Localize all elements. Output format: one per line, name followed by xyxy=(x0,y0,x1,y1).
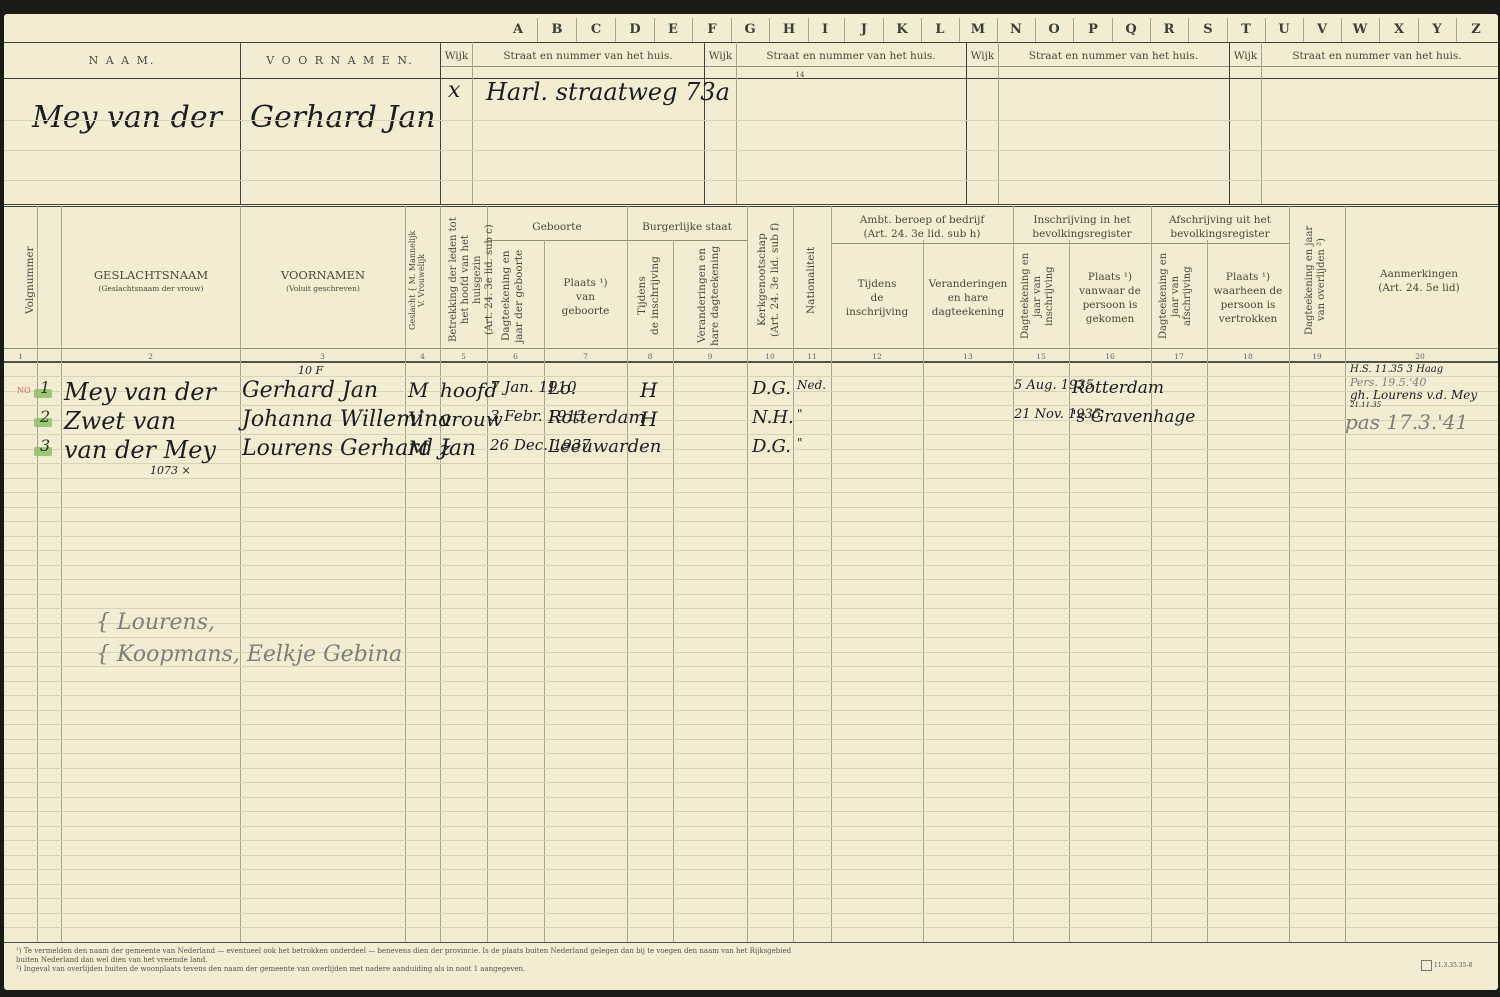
divider xyxy=(1418,18,1419,42)
cell-insch-plaats: 's Gravenhage xyxy=(1072,407,1195,427)
group-geboorte: Geboorte xyxy=(487,220,627,234)
pencil-note-line: { Lourens, xyxy=(96,610,215,635)
ruled-line xyxy=(4,449,1498,450)
column-number: 15 xyxy=(1013,352,1069,361)
cell-volg: 3 xyxy=(40,436,50,455)
ruled-line xyxy=(4,150,1498,151)
remark-line: pas 17.3.'41 xyxy=(1345,410,1468,434)
column-letter: P xyxy=(1083,22,1103,37)
divider xyxy=(240,206,241,942)
column-letter: K xyxy=(892,22,912,37)
divider xyxy=(4,348,1498,349)
printer-mark: 11.3.35.35-8 xyxy=(1434,961,1472,970)
ruled-line xyxy=(4,681,1498,682)
column-number: 18 xyxy=(1207,352,1289,361)
cell-betrekking: hoofd xyxy=(440,378,497,402)
divider xyxy=(487,240,747,241)
divider xyxy=(1188,18,1189,42)
col-geb-plaats-header: Plaats ¹) van geboorte xyxy=(544,276,627,318)
footnote-2: ²) Ingeval van overlijden buiten de woon… xyxy=(16,965,796,974)
divider xyxy=(440,66,1498,67)
ruled-line xyxy=(4,579,1498,580)
divider xyxy=(37,206,38,942)
column-letter: I xyxy=(815,22,835,37)
col-insch-plaats-header: Plaats ¹) vanwaar de persoon is gekomen xyxy=(1069,270,1151,326)
head-address: Harl. straatweg 73a xyxy=(486,78,730,106)
cell-geslacht: V xyxy=(408,407,422,431)
cell-naam: Mey van der xyxy=(64,378,216,406)
ruled-line xyxy=(4,826,1498,827)
register-card xyxy=(4,14,1498,990)
divider xyxy=(1341,18,1342,42)
column-letter: Z xyxy=(1466,22,1486,37)
divider xyxy=(1069,240,1070,942)
column-letter: O xyxy=(1044,22,1064,37)
column-number: 12 xyxy=(831,352,923,361)
column-number: 17 xyxy=(1151,352,1207,361)
column-letter: N xyxy=(1006,22,1026,37)
ruled-line xyxy=(4,180,1498,181)
ruled-line xyxy=(4,478,1498,479)
red-stamp: NO xyxy=(17,386,31,395)
remark-line: H.S. 11.35 3 Haag xyxy=(1350,364,1443,375)
divider xyxy=(544,240,545,942)
voornamen-header: V O O R N A M E N. xyxy=(240,54,440,68)
cell-nat: " xyxy=(797,436,803,450)
ruled-line xyxy=(4,768,1498,769)
pencil-note-line: { Koopmans, Eelkje Gebina xyxy=(96,642,402,667)
col-kerk-header: Kerkgenootschap (Art. 24. 3e lid. sub f) xyxy=(756,212,782,348)
straat-label: Straat en nummer van het huis. xyxy=(472,49,704,63)
divider xyxy=(440,206,441,942)
cell-geb-plaats: Leeuwarden xyxy=(548,436,661,457)
divider xyxy=(883,18,884,42)
column-number: 14 xyxy=(780,68,820,82)
cell-kerk: N.H. xyxy=(752,407,794,428)
column-letter: R xyxy=(1159,22,1179,37)
cell-nat: Ned. xyxy=(797,378,826,392)
divider xyxy=(4,361,1498,363)
head-wijk: x xyxy=(448,78,460,103)
column-number: 16 xyxy=(1069,352,1151,361)
column-number: 5 xyxy=(440,352,487,361)
col-geslachtsnaam-sub: (Geslachtsnaam der vrouw) xyxy=(62,282,240,296)
divider xyxy=(997,18,998,42)
ruled-line xyxy=(4,913,1498,914)
ruled-line xyxy=(4,884,1498,885)
divider xyxy=(615,18,616,42)
col-beroep-tijdens-header: Tijdens de inschrijving xyxy=(831,277,923,319)
note-below-name: 1073 × xyxy=(150,464,191,477)
ruled-line xyxy=(4,565,1498,566)
divider xyxy=(769,18,770,42)
col-aanmerkingen-header: Aanmerkingen (Art. 24. 5e lid) xyxy=(1346,267,1492,295)
wijk-label: Wijk xyxy=(441,49,472,63)
col-beroep-veranderingen-header: Veranderingen en hare dagteekening xyxy=(923,277,1013,319)
ruled-line xyxy=(4,463,1498,464)
divider xyxy=(405,206,406,942)
divider xyxy=(4,942,1498,943)
divider xyxy=(627,206,628,942)
column-number: 11 xyxy=(793,352,831,361)
col-volgnummer-header: Volgnummer xyxy=(24,212,37,348)
column-number: 10 xyxy=(747,352,793,361)
cell-volg: 1 xyxy=(40,378,50,397)
ruled-line xyxy=(4,753,1498,754)
wijk-label: Wijk xyxy=(967,49,998,63)
column-letter: U xyxy=(1274,22,1294,37)
col-overlijden-header: Dagteekening en jaar van overlijden ²) xyxy=(1304,212,1328,348)
column-letter: A xyxy=(508,22,528,37)
col-geslacht-header: Geslacht { M. Mannelijk V. Vrouwelijk xyxy=(408,212,426,348)
straat-label: Straat en nummer van het huis. xyxy=(1261,49,1493,63)
straat-label: Straat en nummer van het huis. xyxy=(736,49,966,63)
cell-naam: van der Mey xyxy=(64,436,216,464)
group-beroep: Ambt. beroep of bedrijf (Art. 24. 3e lid… xyxy=(831,213,1013,241)
column-letter: M xyxy=(968,22,988,37)
col-staat-tijdens-header: Tijdens de inschrijving xyxy=(636,244,662,348)
column-letter: E xyxy=(663,22,683,37)
footnote-1: ¹) Te vermelden den naam der gemeente va… xyxy=(16,947,796,965)
column-letter: F xyxy=(702,22,722,37)
cell-kerk: D.G. xyxy=(752,378,791,399)
divider xyxy=(4,204,1498,207)
divider xyxy=(747,206,748,942)
divider xyxy=(923,240,924,942)
divider xyxy=(844,18,845,42)
divider xyxy=(1289,206,1290,942)
group-burgerlijke-staat: Burgerlijke staat xyxy=(627,220,747,234)
cell-geb-plaats: Rotterdam xyxy=(548,407,645,428)
ruled-line xyxy=(4,695,1498,696)
ruled-line xyxy=(4,507,1498,508)
ruled-line xyxy=(4,855,1498,856)
column-letter: G xyxy=(740,22,760,37)
cell-voornamen: Gerhard Jan xyxy=(242,378,378,403)
divider xyxy=(1227,18,1228,42)
cell-staat: H xyxy=(640,407,657,431)
column-number: 1 xyxy=(4,352,37,361)
column-number: 8 xyxy=(627,352,673,361)
cell-geb-plaats: Lo. xyxy=(548,378,576,399)
col-nationaliteit-header: Nationaliteit xyxy=(805,212,818,348)
ruled-line xyxy=(4,898,1498,899)
cell-nat: " xyxy=(797,407,803,421)
ruled-line xyxy=(4,869,1498,870)
divider xyxy=(1265,18,1266,42)
remark-line: 21.11.35 xyxy=(1350,401,1381,409)
ruled-line xyxy=(4,782,1498,783)
ruled-line xyxy=(4,608,1498,609)
column-number: 13 xyxy=(923,352,1013,361)
ruled-line xyxy=(4,405,1498,406)
ruled-line xyxy=(4,492,1498,493)
col-afsch-plaats-header: Plaats ¹) waarheen de persoon is vertrok… xyxy=(1207,270,1289,326)
cell-betrekking: z xyxy=(440,436,451,460)
straat-label: Straat en nummer van het huis. xyxy=(998,49,1229,63)
divider xyxy=(1345,206,1346,942)
ruled-line xyxy=(4,376,1498,377)
divider xyxy=(1456,18,1457,42)
col-geb-datum-header: Dagteekening en jaar der geboorte xyxy=(500,244,526,348)
column-letter: V xyxy=(1312,22,1332,37)
head-firstnames: Gerhard Jan xyxy=(250,100,436,135)
ruled-line xyxy=(4,797,1498,798)
cell-naam: Zwet van xyxy=(64,407,176,435)
ruled-line xyxy=(4,536,1498,537)
cell-geslacht: M xyxy=(408,436,428,460)
column-letter: C xyxy=(586,22,606,37)
ruled-line xyxy=(4,739,1498,740)
ruled-line xyxy=(4,120,1498,121)
group-inschrijving: Inschrijving in het bevolkingsregister xyxy=(1013,213,1151,241)
ruled-line xyxy=(4,391,1498,392)
group-afschrijving: Afschrijving uit het bevolkingsregister xyxy=(1151,213,1289,241)
printer-logo-icon xyxy=(1421,960,1432,971)
ruled-line xyxy=(4,594,1498,595)
column-letter: B xyxy=(547,22,567,37)
divider xyxy=(673,240,674,942)
col-geslachtsnaam-header: GESLACHTSNAAM xyxy=(62,268,240,282)
divider xyxy=(692,18,693,42)
ruled-line xyxy=(4,840,1498,841)
divider xyxy=(731,18,732,42)
column-letter: L xyxy=(930,22,950,37)
divider xyxy=(959,18,960,42)
column-number: 6 xyxy=(487,352,544,361)
column-letter: Y xyxy=(1427,22,1447,37)
divider xyxy=(61,206,62,942)
ruled-line xyxy=(4,637,1498,638)
ruled-line xyxy=(4,434,1498,435)
column-letter: X xyxy=(1389,22,1409,37)
ruled-line xyxy=(4,811,1498,812)
column-letter: J xyxy=(854,22,874,37)
column-letter: H xyxy=(779,22,799,37)
column-number: 2 xyxy=(61,352,240,361)
col-afsch-datum-header: Dagteekening en jaar van afschrijving xyxy=(1158,244,1194,348)
divider xyxy=(4,42,1498,43)
note-above-name: 10 F xyxy=(298,364,323,377)
divider xyxy=(576,18,577,42)
cell-insch-plaats: Rotterdam xyxy=(1072,378,1164,398)
wijk-label: Wijk xyxy=(705,49,736,63)
column-letter: T xyxy=(1236,22,1256,37)
ruled-line xyxy=(4,927,1498,928)
column-number: 3 xyxy=(240,352,405,361)
divider xyxy=(537,18,538,42)
divider xyxy=(793,206,794,942)
divider xyxy=(1379,18,1380,42)
column-letter: Q xyxy=(1121,22,1141,37)
divider xyxy=(1035,18,1036,42)
column-number: 7 xyxy=(544,352,627,361)
wijk-label: Wijk xyxy=(1230,49,1261,63)
divider xyxy=(831,243,1289,244)
divider xyxy=(654,18,655,42)
divider xyxy=(1303,18,1304,42)
divider xyxy=(1151,206,1152,942)
divider xyxy=(1150,18,1151,42)
divider xyxy=(808,18,809,42)
ruled-line xyxy=(4,724,1498,725)
column-number: 20 xyxy=(1345,352,1495,361)
cell-geslacht: M xyxy=(408,378,428,402)
ruled-line xyxy=(4,550,1498,551)
column-number: 4 xyxy=(405,352,440,361)
column-letter: W xyxy=(1350,22,1370,37)
column-number: 19 xyxy=(1289,352,1345,361)
col-voornamen-sub: (Voluit geschreven) xyxy=(241,282,405,296)
column-number: 9 xyxy=(673,352,747,361)
column-letter: S xyxy=(1198,22,1218,37)
ruled-line xyxy=(4,521,1498,522)
head-surname: Mey van der xyxy=(32,100,222,135)
divider xyxy=(4,78,1498,79)
ruled-line xyxy=(4,623,1498,624)
divider xyxy=(921,18,922,42)
ruled-line xyxy=(4,420,1498,421)
cell-volg: 2 xyxy=(40,407,50,426)
remark-line: gh. Lourens v.d. Mey xyxy=(1350,388,1477,402)
ruled-line xyxy=(4,710,1498,711)
divider xyxy=(1013,206,1014,942)
col-voornamen-header: VOORNAMEN xyxy=(241,268,405,282)
naam-header: N A A M. xyxy=(4,54,240,68)
cell-kerk: D.G. xyxy=(752,436,791,457)
col-staat-veranderingen-header: Veranderingen en hare dagteekening xyxy=(696,244,722,348)
divider xyxy=(1207,240,1208,942)
divider xyxy=(1112,18,1113,42)
divider xyxy=(1073,18,1074,42)
column-letter: D xyxy=(625,22,645,37)
cell-staat: H xyxy=(640,378,657,402)
col-insch-datum-header: Dagteekening en jaar van inschrijving xyxy=(1020,244,1056,348)
